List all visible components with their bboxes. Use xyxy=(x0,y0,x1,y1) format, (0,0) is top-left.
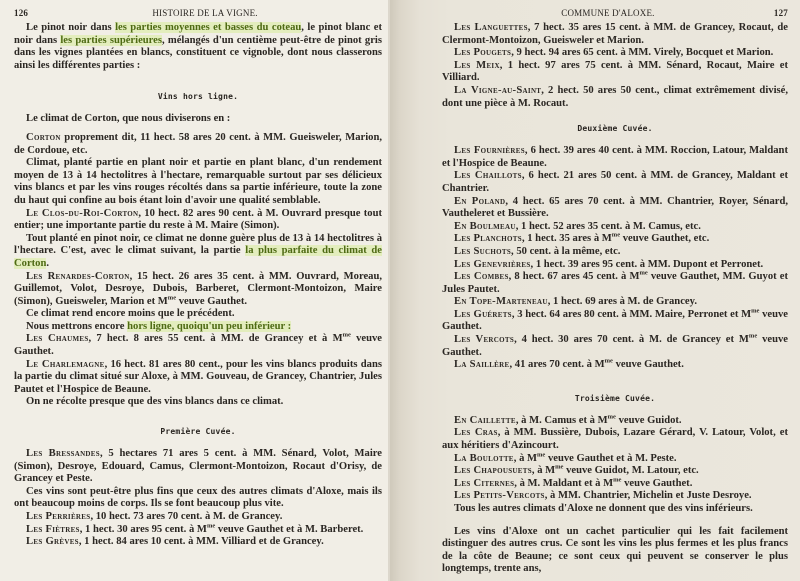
entry-fournieres: Les Fournières, 6 hect. 39 ares 40 cent.… xyxy=(442,145,788,170)
paragraph: Tout planté en pinot noir, ce climat ne … xyxy=(14,233,382,271)
paragraph: Climat, planté partie en plant noir et p… xyxy=(14,157,382,207)
entry-chaillots: Les Chaillots, 6 hect. 21 ares 50 cent. … xyxy=(442,170,788,195)
running-head: HISTOIRE DE LA VIGNE. xyxy=(28,8,382,18)
paragraph: Tous les autres climats d'Aloxe ne donne… xyxy=(442,503,788,516)
entry-vigne-au-saint: La Vigne-au-Saint, 2 hect. 50 ares 50 ce… xyxy=(442,85,788,110)
book-spread: 126 HISTOIRE DE LA VIGNE. Le pinot noir … xyxy=(0,0,800,581)
entry-bressandes: Les Bressandes, 5 hectares 71 ares 5 cen… xyxy=(14,448,382,486)
entry-vercots: Les Vercots, 4 hect. 30 ares 70 cent. à … xyxy=(442,334,788,359)
paragraph: Ces vins sont peut-être plus fins que ce… xyxy=(14,486,382,511)
entry-corton: Corton proprement dit, 11 hect. 58 ares … xyxy=(14,132,382,157)
page-number: 126 xyxy=(14,8,28,18)
entry-perrieres: Les Perrières, 10 hect. 73 ares 70 cent.… xyxy=(14,511,382,524)
entry-guerets: Les Guérets, 3 hect. 64 ares 80 cent. à … xyxy=(442,309,788,334)
entry-combes: Les Combes, 8 hect. 67 ares 45 cent. à M… xyxy=(442,271,788,296)
intro-paragraph: Le pinot noir dans les parties moyennes … xyxy=(14,22,382,72)
section-heading: Troisième Cuvée. xyxy=(442,394,788,403)
highlight: hors ligne, quoiqu'un peu inférieur : xyxy=(127,321,291,332)
paragraph: On ne récolte presque que des vins blanc… xyxy=(14,396,382,409)
entry-charlemagne: Le Charlemagne, 16 hect. 81 ares 80 cent… xyxy=(14,359,382,397)
entry-planchots: Les Planchots, 1 hect. 35 ares à Mme veu… xyxy=(442,233,788,246)
entry-poland: En Poland, 4 hect. 65 ares 70 cent. à MM… xyxy=(442,196,788,221)
entry-meix: Les Meix, 1 hect. 97 ares 75 cent. à MM.… xyxy=(442,60,788,85)
entry-caillette: En Caillette, à M. Camus et à Mme veuve … xyxy=(442,415,788,428)
entry-tope-marteneau: En Tope-Marteneau, 1 hect. 69 ares à M. … xyxy=(442,296,788,309)
running-head: COMMUNE D'ALOXE. xyxy=(442,8,774,18)
left-page-header: 126 HISTOIRE DE LA VIGNE. xyxy=(14,8,382,21)
entry-citernes: Les Citernes, à M. Maldant et à Mme veuv… xyxy=(442,478,788,491)
entry-genevrieres: Les Genevrières, 1 hect. 39 ares 95 cent… xyxy=(442,259,788,272)
entry-petits-vercots: Les Petits-Vercots, à MM. Chantrier, Mic… xyxy=(442,490,788,503)
entry-renardes: Les Renardes-Corton, 15 hect. 26 ares 35… xyxy=(14,271,382,309)
highlight: les parties moyennes et basses du coteau xyxy=(115,22,301,33)
paragraph: Ce climat rend encore moins que le précé… xyxy=(14,308,382,321)
entry-fietres: Les Fiètres, 1 hect. 30 ares 95 cent. à … xyxy=(14,524,382,537)
highlight: les parties supérieures xyxy=(60,35,162,46)
entry-greves: Les Grèves, 1 hect. 84 ares 10 cent. à M… xyxy=(14,536,382,549)
left-page: 126 HISTOIRE DE LA VIGNE. Le pinot noir … xyxy=(0,0,390,581)
paragraph: Le climat de Corton, que nous diviserons… xyxy=(14,113,382,126)
entry-cras: Les Cras, à MM. Bussière, Dubois, Lazare… xyxy=(442,427,788,452)
entry-clos-du-roi: Le Clos-du-Roi-Corton, 10 hect. 82 ares … xyxy=(14,208,382,233)
entry-boulotte: La Boulotte, à Mme veuve Gauthet et à M.… xyxy=(442,453,788,466)
right-page-header: COMMUNE D'ALOXE. 127 xyxy=(442,8,788,21)
conclusion-paragraph: Les vins d'Aloxe ont un cachet particuli… xyxy=(442,526,788,576)
entry-languettes: Les Languettes, 7 hect. 35 ares 15 cent.… xyxy=(442,22,788,47)
entry-pougets: Les Pougets, 9 hect. 94 ares 65 cent. à … xyxy=(442,47,788,60)
paragraph: Nous mettrons encore hors ligne, quoiqu'… xyxy=(14,321,382,334)
page-number: 127 xyxy=(774,8,788,18)
entry-chaumes: Les Chaumes, 7 hect. 8 ares 55 cent. à M… xyxy=(14,333,382,358)
section-heading: Deuxième Cuvée. xyxy=(442,124,788,133)
entry-suchots: Les Suchots, 50 cent. à la même, etc. xyxy=(442,246,788,259)
section-heading: Vins hors ligne. xyxy=(14,92,382,101)
section-heading: Première Cuvée. xyxy=(14,427,382,436)
entry-sailleres: La Saillère, 41 ares 70 cent. à Mme veuv… xyxy=(442,359,788,372)
right-page: COMMUNE D'ALOXE. 127 Les Languettes, 7 h… xyxy=(390,0,800,581)
